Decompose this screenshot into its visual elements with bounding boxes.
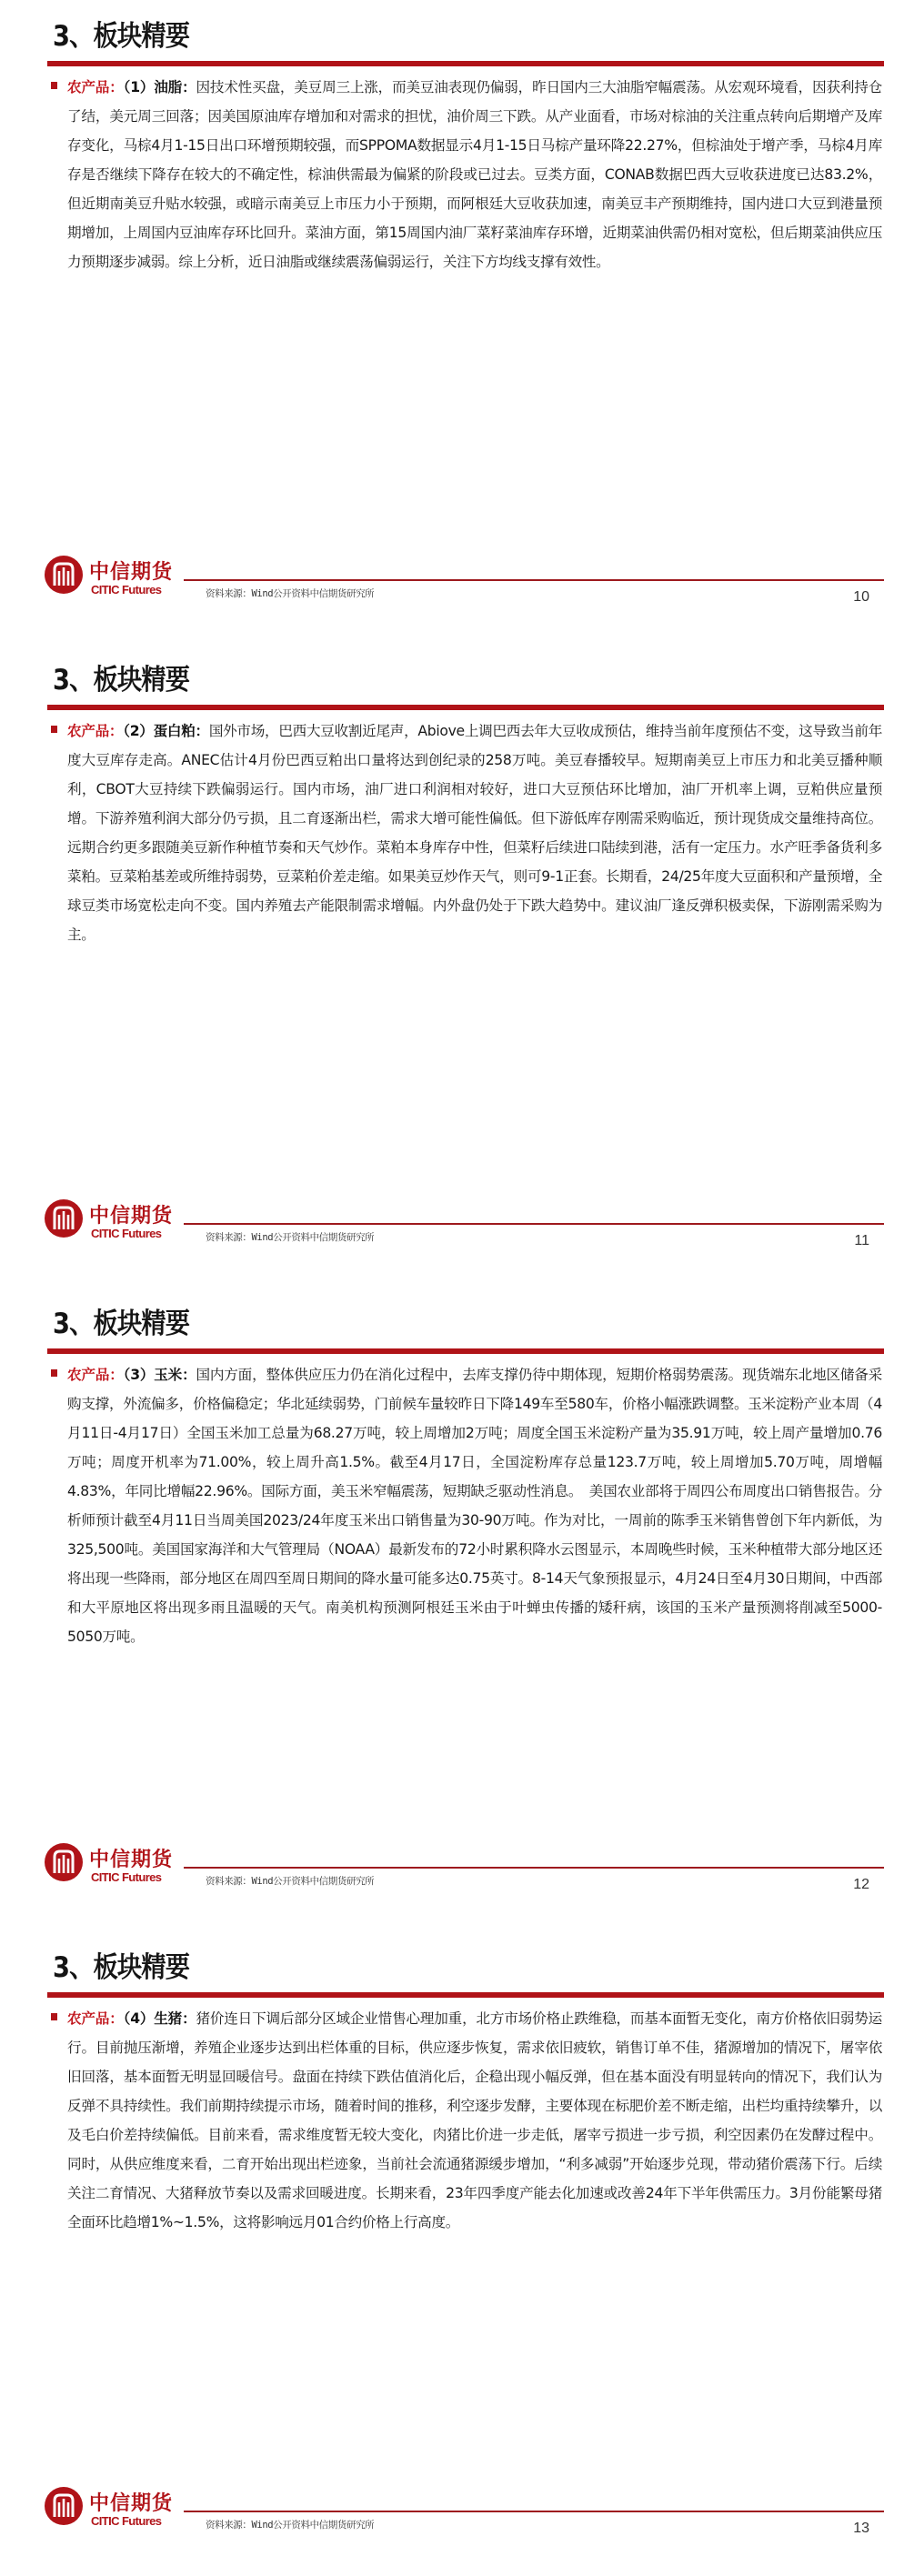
title-divider <box>47 61 884 66</box>
sub-label: （2）蛋白粕： <box>123 723 209 739</box>
body-text: 因技术性买盘，美豆周三上涨，而美豆油表现仍偏弱，昨日国内三大油脂窄幅震荡。从宏观… <box>67 79 882 270</box>
body-text: 国外市场，巴西大豆收割近尾声，Abiove上调巴西去年大豆收成预估，维持当前年度… <box>67 723 882 943</box>
bullet-square-icon <box>51 1369 57 1377</box>
sub-label: （3）玉米： <box>124 1367 196 1383</box>
page-number: 13 <box>853 2521 869 2537</box>
page-footer: 中信期货 CITIC Futures 资料来源：Wind公开资料中信期货研究所 … <box>0 2475 904 2539</box>
sub-label: （4）生猪： <box>124 2010 196 2027</box>
brand-name-cn: 中信期货 <box>89 1844 173 1872</box>
category-label: 农产品： <box>67 79 124 95</box>
footer-divider <box>184 1223 884 1225</box>
citic-logo-icon <box>44 1842 84 1882</box>
title-divider <box>47 705 884 710</box>
footer-divider <box>184 1867 884 1869</box>
brand-name-en: CITIC Futures <box>91 1870 161 1884</box>
content-bullet-oils: 农产品：（1）油脂：因技术性买盘，美豆周三上涨，而美豆油表现仍偏弱，昨日国内三大… <box>47 73 882 276</box>
brand-name-en: CITIC Futures <box>91 2514 161 2528</box>
body-text: 国内方面，整体供应压力仍在消化过程中，去库支撑仍待中期体现，短期价格弱势震荡。现… <box>67 1367 882 1645</box>
page-title: 3、板块精要 <box>53 657 189 697</box>
content-bullet-meal: 农产品：（2）蛋白粕：国外市场，巴西大豆收割近尾声，Abiove上调巴西去年大豆… <box>47 717 882 949</box>
paragraph-meal: 农产品：（2）蛋白粕：国外市场，巴西大豆收割近尾声，Abiove上调巴西去年大豆… <box>67 717 882 949</box>
title-divider <box>47 1348 884 1354</box>
citic-logo-icon <box>44 555 84 595</box>
page-title: 3、板块精要 <box>53 13 189 54</box>
page-footer: 中信期货 CITIC Futures 资料来源：Wind公开资料中信期货研究所 … <box>0 1831 904 1895</box>
citic-logo-icon <box>44 2486 84 2526</box>
paragraph-hogs: 农产品：（4）生猪：猪价连日下调后部分区域企业惜售心理加重，北方市场价格止跌维稳… <box>67 2004 882 2237</box>
paragraph-corn: 农产品：（3）玉米：国内方面，整体供应压力仍在消化过程中，去库支撑仍待中期体现，… <box>67 1360 882 1651</box>
report-page-13: 3、板块精要 农产品：（4）生猪：猪价连日下调后部分区域企业惜售心理加重，北方市… <box>0 1931 904 2575</box>
page-number: 12 <box>853 1877 869 1893</box>
source-note: 资料来源：Wind公开资料中信期货研究所 <box>206 1230 374 1244</box>
bullet-square-icon <box>51 726 57 733</box>
report-page-12: 3、板块精要 农产品：（3）玉米：国内方面，整体供应压力仍在消化过程中，去库支撑… <box>0 1288 904 1931</box>
brand-name-en: CITIC Futures <box>91 1227 161 1240</box>
page-number: 10 <box>853 589 869 606</box>
page-number: 11 <box>854 1233 869 1249</box>
brand-name-en: CITIC Futures <box>91 583 161 596</box>
page-title: 3、板块精要 <box>53 1944 189 1985</box>
page-title: 3、板块精要 <box>53 1300 189 1341</box>
report-page-11: 3、板块精要 农产品：（2）蛋白粕：国外市场，巴西大豆收割近尾声，Abiove上… <box>0 644 904 1288</box>
body-text: 猪价连日下调后部分区域企业惜售心理加重，北方市场价格止跌维稳，而基本面暂无变化，… <box>67 2010 882 2230</box>
report-page-10: 3、板块精要 农产品：（1）油脂：因技术性买盘，美豆周三上涨，而美豆油表现仍偏弱… <box>0 0 904 644</box>
brand-name-cn: 中信期货 <box>89 556 173 585</box>
title-divider <box>47 1992 884 1998</box>
content-bullet-corn: 农产品：（3）玉米：国内方面，整体供应压力仍在消化过程中，去库支撑仍待中期体现，… <box>47 1360 882 1651</box>
source-note: 资料来源：Wind公开资料中信期货研究所 <box>206 2518 374 2531</box>
page-footer: 中信期货 CITIC Futures 资料来源：Wind公开资料中信期货研究所 … <box>0 1188 904 1251</box>
bullet-square-icon <box>51 2013 57 2020</box>
category-label: 农产品： <box>67 1367 124 1383</box>
content-bullet-hogs: 农产品：（4）生猪：猪价连日下调后部分区域企业惜售心理加重，北方市场价格止跌维稳… <box>47 2004 882 2237</box>
paragraph-oils: 农产品：（1）油脂：因技术性买盘，美豆周三上涨，而美豆油表现仍偏弱，昨日国内三大… <box>67 73 882 276</box>
citic-logo-icon <box>44 1198 84 1238</box>
page-footer: 中信期货 CITIC Futures 资料来源：Wind公开资料中信期货研究所 … <box>0 544 904 607</box>
brand-name-cn: 中信期货 <box>89 2488 173 2516</box>
source-note: 资料来源：Wind公开资料中信期货研究所 <box>206 586 374 600</box>
footer-divider <box>184 2511 884 2512</box>
footer-divider <box>184 579 884 581</box>
source-note: 资料来源：Wind公开资料中信期货研究所 <box>206 1874 374 1888</box>
brand-name-cn: 中信期货 <box>89 1200 173 1228</box>
bullet-square-icon <box>51 82 57 89</box>
category-label: 农产品： <box>67 723 123 739</box>
sub-label: （1）油脂： <box>124 79 196 95</box>
category-label: 农产品： <box>67 2010 124 2027</box>
